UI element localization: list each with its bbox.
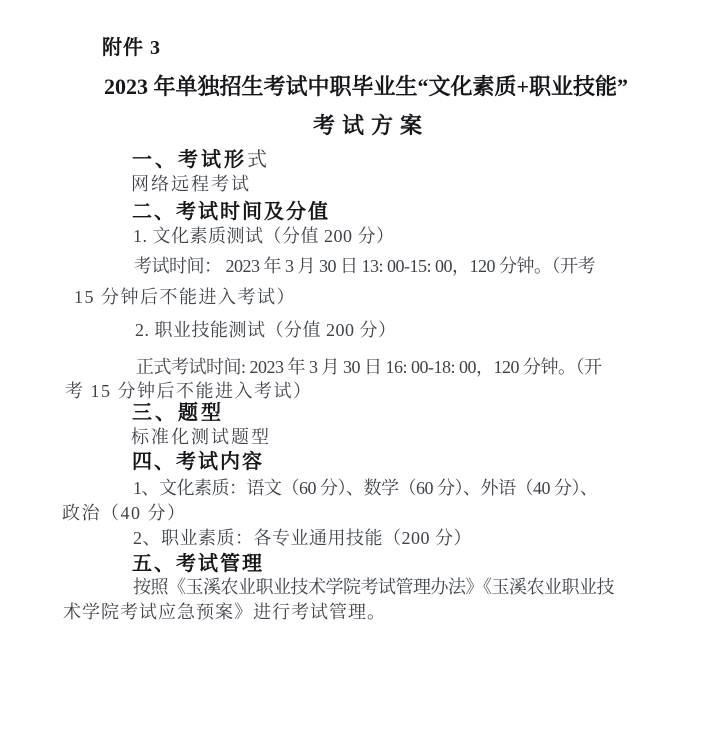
section2-item2: 2. 职业技能测试（分值 200 分） <box>135 320 397 342</box>
document-title-line2: 考试方案 <box>313 113 429 139</box>
section2-heading: 二、考试时间及分值 <box>132 200 330 224</box>
section4-item2: 2、职业素质：各专业通用技能（200 分） <box>133 528 472 550</box>
section1-body: 网络远程考试 <box>131 174 251 196</box>
section5-heading: 五、考试管理 <box>132 552 264 576</box>
attachment-label: 附件 3 <box>102 36 161 60</box>
section4-item1-line2: 政治（40 分） <box>62 503 187 525</box>
document-title-line1: 2023 年单独招生考试中职毕业生“文化素质+职业技能” <box>104 74 628 100</box>
section2-paragraph2-line1: 正式考试时间: 2023 年 3 月 30 日 16: 00-18: 00，12… <box>136 357 602 379</box>
section4-item1-line1: 1、文化素质：语文（60 分）、数学（60 分）、外语（40 分）、 <box>133 478 598 500</box>
section2-paragraph2-line2: 考 15 分钟后不能进入考试） <box>65 381 313 403</box>
section3-body: 标准化测试题型 <box>131 427 271 449</box>
section1-heading: 一、考试形式 <box>132 148 269 172</box>
section5-body-line2: 术学院考试应急预案》进行考试管理。 <box>63 602 386 624</box>
section3-heading: 三、题型 <box>132 401 224 425</box>
section2-paragraph1-line2: 15 分钟后不能进入考试） <box>74 287 296 309</box>
section2-paragraph1-line1: 考试时间： 2023 年 3 月 30 日 13: 00-15: 00，120 … <box>134 256 595 278</box>
section5-body-line1: 按照《玉溪农业职业技术学院考试管理办法》《玉溪农业职业技 <box>133 577 614 599</box>
document-page: 附件 3 2023 年单独招生考试中职毕业生“文化素质+职业技能” 考试方案 一… <box>0 0 705 731</box>
section1-heading-bold-part: 一、考试形 <box>132 149 247 171</box>
section1-heading-regular-part: 式 <box>247 149 269 171</box>
section2-item1: 1. 文化素质测试（分值 200 分） <box>133 226 395 248</box>
section4-heading: 四、考试内容 <box>132 450 264 474</box>
